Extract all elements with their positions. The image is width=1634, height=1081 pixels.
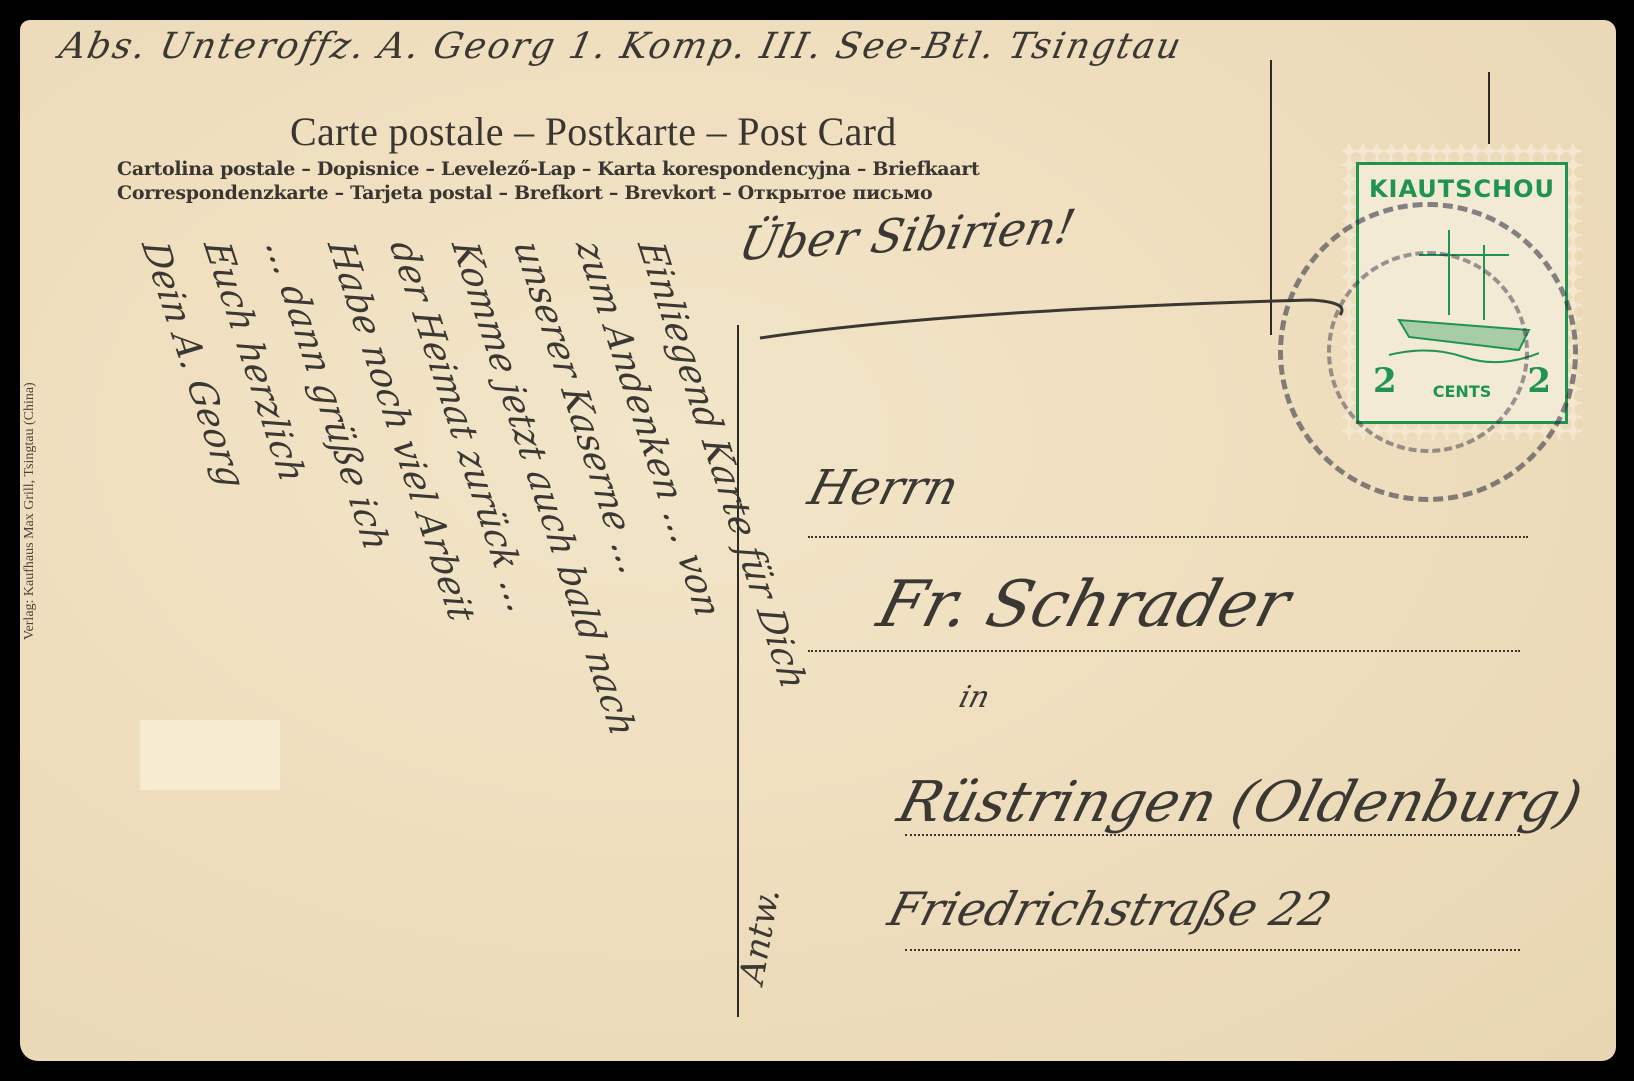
stamp-design: KIAUTSCHOU 2 CENTS 2 bbox=[1356, 162, 1568, 424]
postage-stamp: KIAUTSCHOU 2 CENTS 2 bbox=[1342, 144, 1582, 440]
address-salutation: Herrn bbox=[802, 460, 964, 516]
postcard-back: Carte postale – Postkarte – Post Card Ca… bbox=[20, 20, 1616, 1061]
stamp-value-right: 2 bbox=[1527, 361, 1551, 401]
stamp-country-label: KIAUTSCHOU bbox=[1359, 175, 1565, 203]
address-dotted-line-2 bbox=[808, 650, 1520, 652]
address-city: Rüstringen (Oldenburg) bbox=[891, 770, 1589, 835]
address-dotted-line-4 bbox=[905, 949, 1520, 951]
postcard-subtitle-line-1: Cartolina postale – Dopisnice – Levelező… bbox=[117, 158, 980, 180]
address-name: Fr. Schrader bbox=[870, 568, 1298, 642]
center-divider-line bbox=[737, 325, 739, 1017]
postcard-subtitle-line-2: Correspondenzkarte – Tarjeta postal – Br… bbox=[117, 182, 932, 204]
routing-note-handwriting: Über Sibirien! bbox=[734, 199, 1080, 271]
publisher-imprint: Verlag: Kaufhaus Max Grill, Tsingtau (Ch… bbox=[22, 382, 38, 640]
side-note-handwriting: Antw. bbox=[732, 885, 788, 986]
sender-handwriting: Abs. Unteroffz. A. Georg 1. Komp. III. S… bbox=[56, 26, 1187, 67]
address-preposition: in bbox=[955, 680, 993, 715]
routing-underline-stroke bbox=[750, 270, 1370, 350]
address-street: Friedrichstraße 22 bbox=[883, 882, 1337, 936]
ship-icon bbox=[1389, 225, 1539, 365]
address-dotted-line-1 bbox=[808, 536, 1528, 538]
postcard-title: Carte postale – Postkarte – Post Card bbox=[290, 108, 897, 155]
message-area: Einliegend Karte für Dichzum Andenken ..… bbox=[80, 240, 720, 1020]
